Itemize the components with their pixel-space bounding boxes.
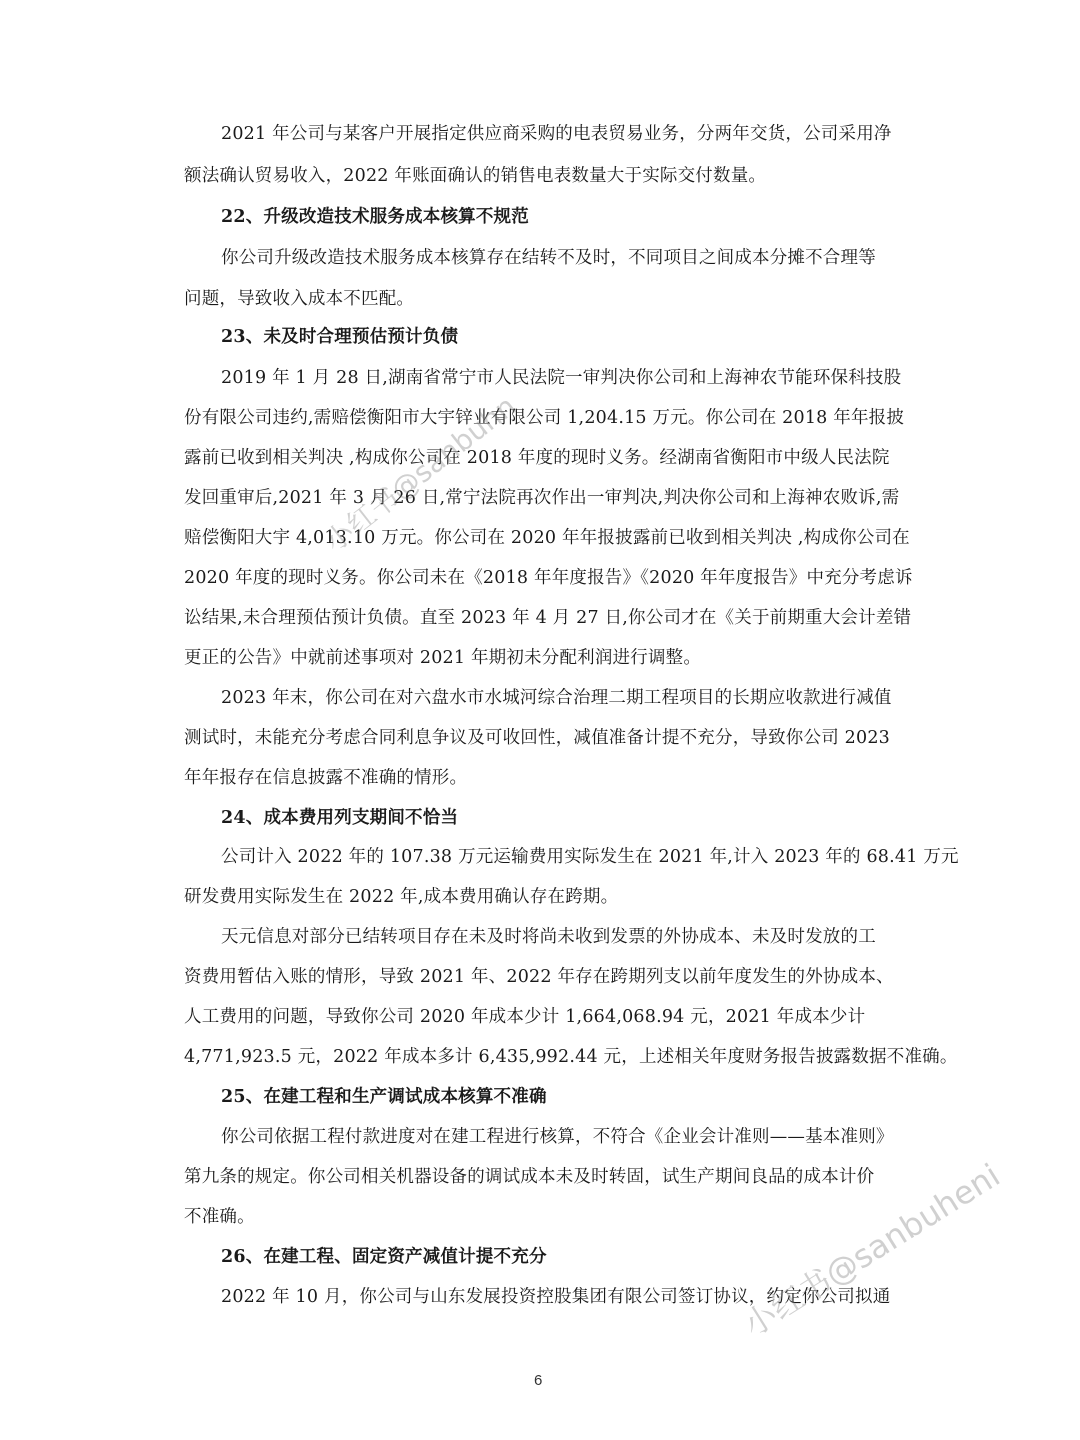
text-line: 2023 年末，你公司在对六盘水市水城河综合治理二期工程项目的长期应收款进行减值 bbox=[221, 684, 892, 709]
text-line: 额法确认贸易收入，2022 年账面确认的销售电表数量大于实际交付数量。 bbox=[184, 162, 766, 187]
section-heading: 26、在建工程、固定资产减值计提不充分 bbox=[221, 1243, 547, 1268]
text-line: 人工费用的问题，导致你公司 2020 年成本少计 1,664,068.94 元，… bbox=[184, 1003, 865, 1028]
text-line: 4,771,923.5 元，2022 年成本多计 6,435,992.44 元，… bbox=[184, 1043, 958, 1068]
text-line: 公司计入 2022 年的 107.38 万元运输费用实际发生在 2021 年,计… bbox=[221, 843, 959, 868]
text-line: 2020 年度的现时义务。你公司未在《2018 年年度报告》《2020 年年度报… bbox=[184, 564, 913, 589]
text-line: 份有限公司违约,需赔偿衡阳市大宇锌业有限公司 1,204.15 万元。你公司在 … bbox=[184, 404, 904, 429]
text-line: 更正的公告》中就前述事项对 2021 年期初未分配利润进行调整。 bbox=[184, 644, 701, 669]
text-line: 发回重审后,2021 年 3 月 26 日,常宁法院再次作出一审判决,判决你公司… bbox=[184, 484, 899, 509]
text-line: 2021 年公司与某客户开展指定供应商采购的电表贸易业务，分两年交货，公司采用净 bbox=[221, 120, 892, 145]
text-line: 赔偿衡阳大宇 4,013.10 万元。你公司在 2020 年年报披露前已收到相关… bbox=[184, 524, 910, 549]
text-line: 测试时，未能充分考虑合同利息争议及可收回性，减值准备计提不充分，导致你公司 20… bbox=[184, 724, 890, 749]
text-line: 年年报存在信息披露不准确的情形。 bbox=[184, 764, 467, 789]
text-line: 讼结果,未合理预估预计负债。直至 2023 年 4 月 27 日,你公司才在《关… bbox=[184, 604, 911, 629]
text-line: 2019 年 1 月 28 日,湖南省常宁市人民法院一审判决你公司和上海神农节能… bbox=[221, 364, 901, 389]
section-heading: 22、升级改造技术服务成本核算不规范 bbox=[221, 203, 529, 228]
text-line: 问题，导致收入成本不匹配。 bbox=[184, 285, 414, 310]
section-heading: 25、在建工程和生产调试成本核算不准确 bbox=[221, 1083, 547, 1108]
text-line: 资费用暂估入账的情形，导致 2021 年、2022 年存在跨期列支以前年度发生的… bbox=[184, 963, 894, 988]
text-line: 不准确。 bbox=[184, 1203, 255, 1228]
document-page: 2021 年公司与某客户开展指定供应商采购的电表贸易业务，分两年交货，公司采用净… bbox=[0, 0, 1080, 1440]
text-line: 研发费用实际发生在 2022 年,成本费用确认存在跨期。 bbox=[184, 883, 618, 908]
section-heading: 23、未及时合理预估预计负债 bbox=[221, 323, 458, 348]
text-line: 第九条的规定。你公司相关机器设备的调试成本未及时转固，试生产期间良品的成本计价 bbox=[184, 1163, 874, 1188]
text-line: 露前已收到相关判决 ,构成你公司在 2018 年度的现时义务。经湖南省衡阳市中级… bbox=[184, 444, 890, 469]
text-line: 天元信息对部分已结转项目存在未及时将尚未收到发票的外协成本、未及时发放的工 bbox=[221, 923, 876, 948]
section-heading: 24、成本费用列支期间不恰当 bbox=[221, 804, 458, 829]
text-line: 你公司升级改造技术服务成本核算存在结转不及时，不同项目之间成本分摊不合理等 bbox=[221, 244, 876, 269]
text-line: 你公司依据工程付款进度对在建工程进行核算，不符合《企业会计准则——基本准则》 bbox=[221, 1123, 894, 1148]
page-number: 6 bbox=[534, 1372, 542, 1389]
